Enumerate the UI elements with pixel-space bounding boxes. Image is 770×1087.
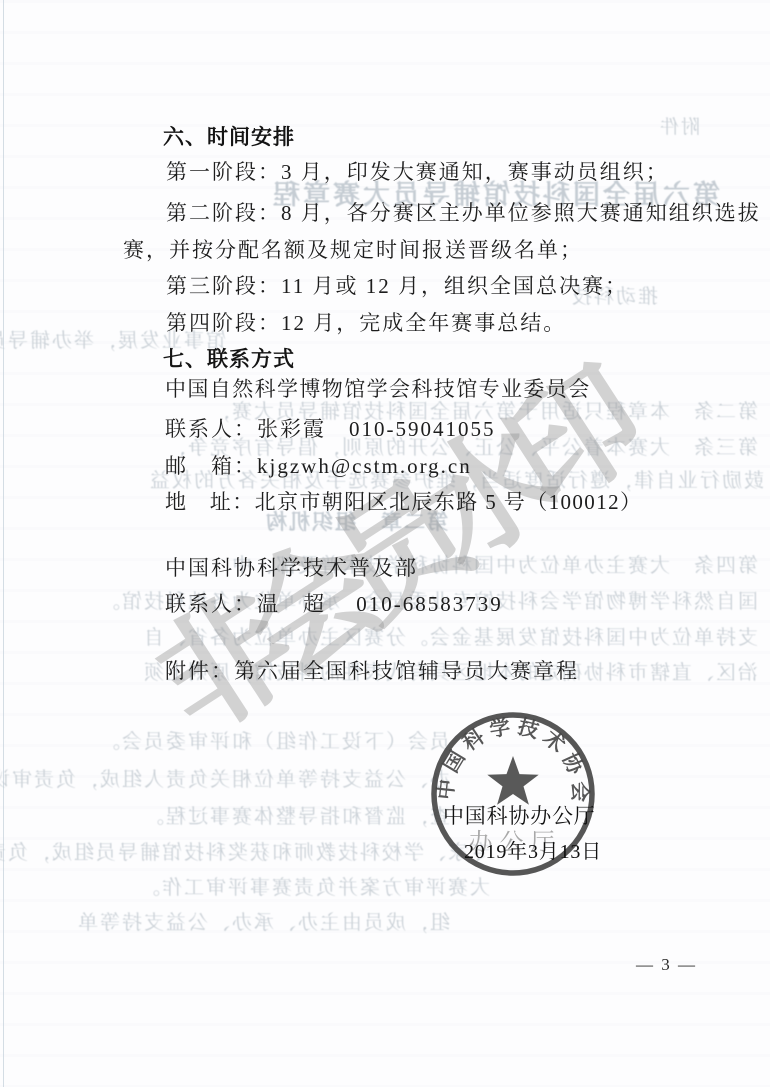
document-page: 附件 第六届全国科技馆辅导员大赛章程 推动科技 馆事业发展，举办辅导员大赛 第二…	[0, 0, 770, 1087]
bleedthrough-line: 专家、学校科技教师和获奖科技馆辅导员组成，负责制定	[0, 843, 490, 863]
page-number: — 3 —	[636, 956, 697, 973]
bleedthrough-line: 员会（下设工作组）和评审委员会。	[98, 732, 450, 752]
bleedthrough-line: 查，监督和指导整体赛事过程。	[142, 807, 450, 827]
org1-email: 邮 箱：kjgzwh@cstm.org.cn	[165, 456, 472, 477]
stage2-continuation-line: 赛，并按分配名额及规定时间报送晋级名单；	[123, 240, 583, 261]
bleedthrough-line: 附件	[658, 118, 700, 137]
bleedthrough-line: 办、公益支持等单位相关负责人组成，负责审议重大事项，	[0, 770, 450, 790]
stage4-line: 第四阶段：12 月，完成全年赛事总结。	[166, 313, 566, 334]
org1-contact-person: 联系人：张彩霞 010-59041055	[165, 419, 496, 440]
section-heading-time: 六、时间安排	[163, 127, 295, 148]
org1-name: 中国自然科学博物馆学会科技馆专业委员会	[165, 379, 591, 400]
scan-edge-line	[3, 0, 4, 1087]
bleedthrough-line: 组，成员由主办、承办、公益支持等单	[76, 913, 450, 933]
issue-date: 2019年3月13日	[464, 842, 602, 862]
star-icon	[487, 756, 538, 805]
section-heading-contact: 七、联系方式	[163, 349, 295, 370]
stage2-line: 第二阶段：8 月，各分赛区主办单位参照大赛通知组织选拔	[166, 203, 761, 224]
org2-contact-person: 联系人：温 超 010-68583739	[165, 594, 503, 615]
stage3-line: 第三阶段：11 月或 12 月，组织全国总决赛；	[166, 276, 628, 297]
attachment-line: 附件：第六届全国科技馆辅导员大赛章程	[165, 661, 579, 682]
org1-address: 地 址：北京市朝阳区北辰东路 5 号（100012）	[165, 492, 642, 513]
stage1-line: 第一阶段：3 月，印发大赛通知，赛事动员组织；	[166, 162, 669, 183]
issuer-name: 中国科协办公厅	[443, 806, 596, 827]
org2-name: 中国科协科学技术普及部	[165, 558, 418, 579]
